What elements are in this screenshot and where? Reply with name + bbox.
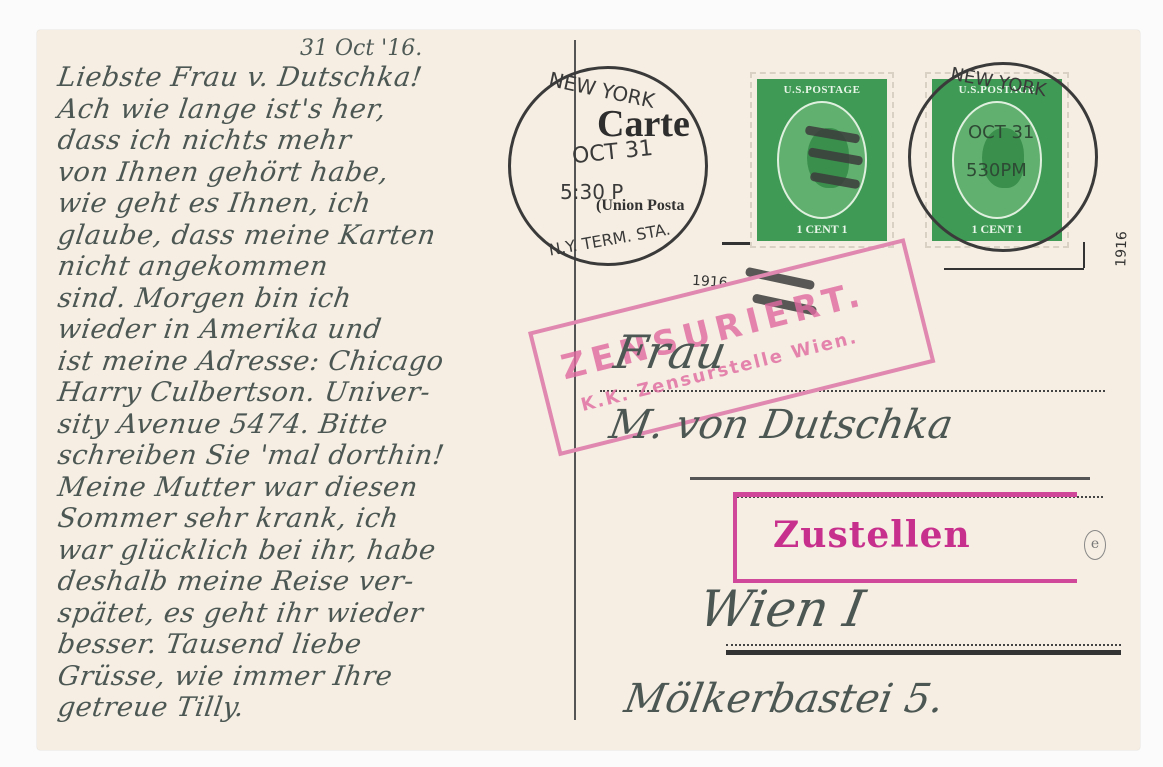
postmark-time: 530PM bbox=[966, 160, 1027, 181]
message-line: wie geht es Ihnen, ich bbox=[56, 188, 373, 219]
delivery-stamp: Zustellen bbox=[733, 492, 1077, 583]
header-rule bbox=[944, 268, 1084, 270]
message-line: dass ich nichts mehr bbox=[56, 125, 353, 156]
stamp-value: 1 CENT 1 bbox=[757, 222, 887, 237]
stamp-1-cent: U.S.POSTAGE 1 CENT 1 bbox=[753, 75, 891, 245]
postmark-time: 5:30 P bbox=[560, 180, 623, 204]
address-line bbox=[726, 650, 1121, 655]
message-line: getreue Tilly. bbox=[56, 692, 246, 723]
message-line: Ach wie lange ist's her, bbox=[56, 94, 388, 125]
message-line: war glücklich bei ihr, habe bbox=[56, 535, 438, 566]
message-line: ist meine Adresse: Chicago bbox=[56, 346, 446, 377]
message-line: von Ihnen gehört habe, bbox=[56, 157, 391, 188]
message-line: Liebste Frau v. Dutschka! bbox=[56, 62, 424, 93]
message-line: glaube, dass meine Karten bbox=[56, 220, 438, 251]
pencil-mark: e bbox=[1084, 530, 1106, 560]
recipient-city: Wien I bbox=[695, 580, 869, 638]
message-line: schreiben Sie 'mal dorthin! bbox=[56, 440, 447, 471]
message-line: sity Avenue 5474. Bitte bbox=[56, 409, 390, 440]
message-line: Sommer sehr krank, ich bbox=[56, 503, 401, 534]
recipient-title: Frau bbox=[610, 325, 730, 379]
stamp-label: U.S.POSTAGE bbox=[757, 84, 887, 96]
address-line bbox=[726, 644, 1121, 646]
message-line: besser. Tausend liebe bbox=[56, 629, 364, 660]
address-line bbox=[690, 477, 1090, 480]
recipient-street: Mölkerbastei 5. bbox=[621, 676, 947, 722]
delivery-stamp-text: Zustellen bbox=[773, 514, 971, 556]
message-line: wieder in Amerika und bbox=[56, 314, 384, 345]
message-line: sind. Morgen bin ich bbox=[56, 283, 354, 314]
year-mark: 1916 bbox=[1113, 231, 1130, 267]
header-rule bbox=[1083, 242, 1085, 268]
recipient-name: M. von Dutschka bbox=[606, 402, 956, 448]
message-date: 31 Oct '16. bbox=[300, 36, 422, 61]
header-rule bbox=[722, 242, 752, 245]
message-line: Meine Mutter war diesen bbox=[56, 472, 420, 503]
message-line: nicht angekommen bbox=[56, 251, 330, 282]
message-line: Harry Culbertson. Univer- bbox=[56, 377, 433, 408]
message-line: spätet, es geht ihr wieder bbox=[56, 598, 425, 629]
message-line: Grüsse, wie immer Ihre bbox=[56, 661, 395, 692]
postmark-date: OCT 31 bbox=[968, 122, 1034, 143]
message-line: deshalb meine Reise ver- bbox=[56, 566, 416, 597]
